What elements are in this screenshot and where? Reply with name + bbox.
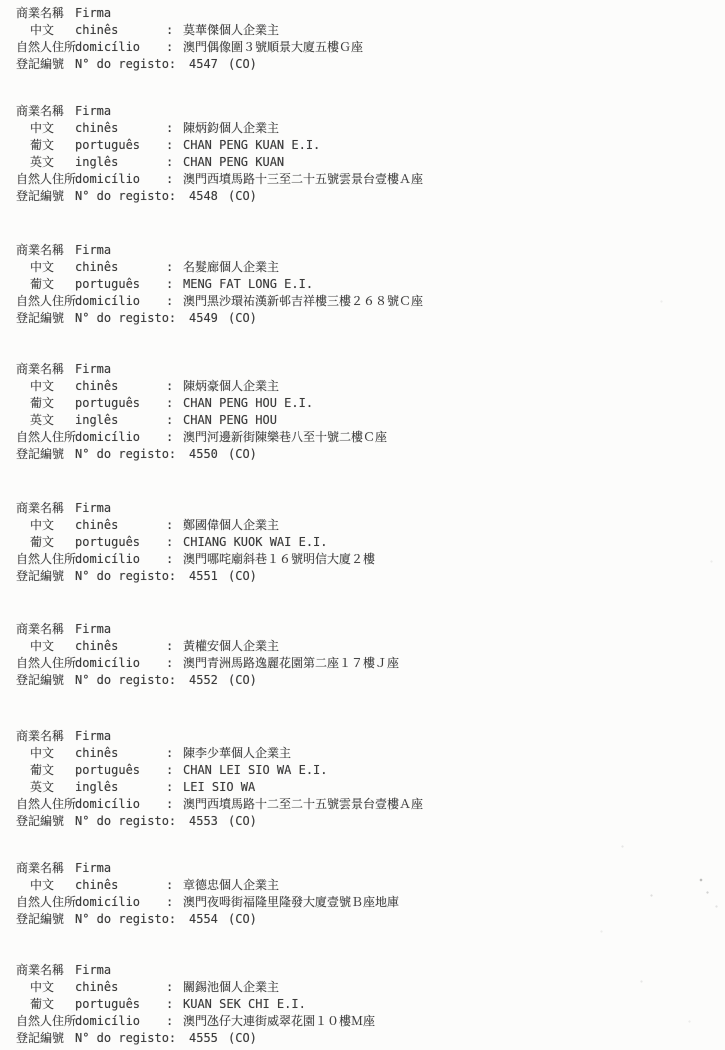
business-name-label-pt: Firma (75, 103, 166, 120)
english-label-pt: inglês (75, 412, 166, 429)
colon-separator: : (166, 517, 183, 534)
english-label-zh: 英文 (0, 154, 75, 171)
registration-number-line: 登記編號 N° do registo: 4550 (CO) (0, 446, 725, 463)
portuguese-label-zh: 葡文 (0, 395, 75, 412)
registo-suffix: (CO) (228, 446, 725, 463)
business-name-line: 商業名稱 Firma (0, 962, 725, 979)
registry-entry: 商業名稱 Firma 中文 chinês : 章德忠個人企業主 自然人住所 do… (0, 860, 725, 928)
portuguese-name-line: 葡文 português : CHIANG KUOK WAI E.I. (0, 534, 725, 551)
english-name-line: 英文 inglês : CHAN PENG KUAN (0, 154, 725, 171)
chinese-label-pt: chinês (75, 517, 166, 534)
portuguese-label-pt: português (75, 137, 166, 154)
colon-separator: : (166, 154, 183, 171)
business-name-line: 商業名稱 Firma (0, 242, 725, 259)
registry-entry: 商業名稱 Firma 中文 chinês : 陳李少華個人企業主 葡文 port… (0, 728, 725, 830)
domicile-label-zh: 自然人住所 (0, 293, 75, 310)
chinese-name-value: 名髮廊個人企業主 (183, 259, 725, 276)
colon-separator: : (166, 429, 183, 446)
registo-label-zh: 登記編號 (0, 568, 75, 585)
domicile-label-zh: 自然人住所 (0, 1013, 75, 1030)
chinese-name-line: 中文 chinês : 黃權安個人企業主 (0, 638, 725, 655)
business-name-label-zh: 商業名稱 (0, 242, 75, 259)
chinese-name-value: 鄭國偉個人企業主 (183, 517, 725, 534)
registo-label-pt: N° do registo: (75, 56, 183, 73)
domicile-label-zh: 自然人住所 (0, 655, 75, 672)
registo-suffix: (CO) (228, 188, 725, 205)
registration-number-value: 4549 (183, 310, 228, 327)
registo-suffix: (CO) (228, 568, 725, 585)
registration-number-value: 4553 (183, 813, 228, 830)
chinese-name-value: 關錫池個人企業主 (183, 979, 725, 996)
colon-separator: : (166, 39, 183, 56)
english-label-zh: 英文 (0, 779, 75, 796)
domicile-line: 自然人住所 domicílio : 澳門夜呣街福隆里隆發大廈壹號Ｂ座地庫 (0, 894, 725, 911)
colon-separator: : (166, 894, 183, 911)
portuguese-name-value: CHAN LEI SIO WA E.I. (183, 762, 725, 779)
registration-number-line: 登記編號 N° do registo: 4551 (CO) (0, 568, 725, 585)
registo-suffix: (CO) (228, 310, 725, 327)
chinese-label-pt: chinês (75, 745, 166, 762)
colon-separator: : (166, 979, 183, 996)
portuguese-name-line: 葡文 português : CHAN PENG KUAN E.I. (0, 137, 725, 154)
chinese-label-zh: 中文 (0, 120, 75, 137)
domicile-value: 澳門河邊新街陳樂巷八至十號二樓Ｃ座 (183, 429, 725, 446)
domicile-label-pt: domicílio (75, 39, 166, 56)
business-name-line: 商業名稱 Firma (0, 361, 725, 378)
chinese-label-zh: 中文 (0, 517, 75, 534)
english-name-line: 英文 inglês : CHAN PENG HOU (0, 412, 725, 429)
business-name-label-zh: 商業名稱 (0, 860, 75, 877)
portuguese-name-value: CHAN PENG HOU E.I. (183, 395, 725, 412)
chinese-label-zh: 中文 (0, 22, 75, 39)
portuguese-label-zh: 葡文 (0, 276, 75, 293)
chinese-label-zh: 中文 (0, 979, 75, 996)
domicile-line: 自然人住所 domicílio : 澳門黑沙環祐漢新邨吉祥樓三樓２６８號Ｃ座 (0, 293, 725, 310)
registry-entry: 商業名稱 Firma 中文 chinês : 鄭國偉個人企業主 葡文 portu… (0, 500, 725, 585)
registration-number-line: 登記編號 N° do registo: 4549 (CO) (0, 310, 725, 327)
registry-entry: 商業名稱 Firma 中文 chinês : 莫華傑個人企業主 自然人住所 do… (0, 5, 725, 73)
domicile-value: 澳門哪咤廟斜巷１６號明信大廈２樓 (183, 551, 725, 568)
chinese-name-value: 章德忠個人企業主 (183, 877, 725, 894)
colon-separator: : (166, 796, 183, 813)
registry-entry: 商業名稱 Firma 中文 chinês : 黃權安個人企業主 自然人住所 do… (0, 621, 725, 689)
chinese-label-pt: chinês (75, 979, 166, 996)
portuguese-name-value: KUAN SEK CHI E.I. (183, 996, 725, 1013)
colon-separator: : (166, 745, 183, 762)
registration-number-line: 登記編號 N° do registo: 4552 (CO) (0, 672, 725, 689)
registration-number-value: 4551 (183, 568, 228, 585)
business-name-line: 商業名稱 Firma (0, 728, 725, 745)
registry-entry: 商業名稱 Firma 中文 chinês : 名髮廊個人企業主 葡文 portu… (0, 242, 725, 327)
portuguese-name-value: MENG FAT LONG E.I. (183, 276, 725, 293)
colon-separator: : (166, 534, 183, 551)
portuguese-name-line: 葡文 português : MENG FAT LONG E.I. (0, 276, 725, 293)
business-name-label-pt: Firma (75, 860, 166, 877)
english-name-line: 英文 inglês : LEI SIO WA (0, 779, 725, 796)
registo-label-pt: N° do registo: (75, 310, 183, 327)
chinese-label-zh: 中文 (0, 877, 75, 894)
colon-separator: : (166, 120, 183, 137)
business-name-label-zh: 商業名稱 (0, 621, 75, 638)
domicile-label-zh: 自然人住所 (0, 894, 75, 911)
chinese-name-line: 中文 chinês : 陳李少華個人企業主 (0, 745, 725, 762)
registration-number-value: 4548 (183, 188, 228, 205)
chinese-name-value: 陳炳鈞個人企業主 (183, 120, 725, 137)
colon-separator: : (166, 1013, 183, 1030)
portuguese-name-line: 葡文 português : CHAN PENG HOU E.I. (0, 395, 725, 412)
chinese-name-value: 陳炳豪個人企業主 (183, 378, 725, 395)
colon-separator: : (166, 996, 183, 1013)
chinese-label-zh: 中文 (0, 378, 75, 395)
registration-number-value: 4550 (183, 446, 228, 463)
domicile-label-zh: 自然人住所 (0, 796, 75, 813)
domicile-value: 澳門西墳馬路十二至二十五號雲景台壹樓Ａ座 (183, 796, 725, 813)
domicile-label-zh: 自然人住所 (0, 171, 75, 188)
chinese-name-line: 中文 chinês : 鄭國偉個人企業主 (0, 517, 725, 534)
domicile-value: 澳門青洲馬路逸麗花園第二座１７樓Ｊ座 (183, 655, 725, 672)
registo-label-zh: 登記編號 (0, 1030, 75, 1047)
registo-label-pt: N° do registo: (75, 446, 183, 463)
domicile-line: 自然人住所 domicílio : 澳門氹仔大連街威翠花園１０樓Ｍ座 (0, 1013, 725, 1030)
business-name-line: 商業名稱 Firma (0, 500, 725, 517)
registo-label-zh: 登記編號 (0, 911, 75, 928)
english-label-pt: inglês (75, 154, 166, 171)
domicile-label-pt: domicílio (75, 796, 166, 813)
english-label-pt: inglês (75, 779, 166, 796)
registo-label-zh: 登記編號 (0, 310, 75, 327)
portuguese-label-pt: português (75, 534, 166, 551)
chinese-name-line: 中文 chinês : 關錫池個人企業主 (0, 979, 725, 996)
registo-label-pt: N° do registo: (75, 1030, 183, 1047)
business-name-label-zh: 商業名稱 (0, 500, 75, 517)
domicile-label-pt: domicílio (75, 171, 166, 188)
registo-label-zh: 登記編號 (0, 446, 75, 463)
domicile-value: 澳門黑沙環祐漢新邨吉祥樓三樓２６８號Ｃ座 (183, 293, 725, 310)
domicile-line: 自然人住所 domicílio : 澳門偶像圍３號順景大廈五樓Ｇ座 (0, 39, 725, 56)
colon-separator: : (166, 638, 183, 655)
registration-number-value: 4552 (183, 672, 228, 689)
colon-separator: : (166, 276, 183, 293)
domicile-label-pt: domicílio (75, 894, 166, 911)
domicile-line: 自然人住所 domicílio : 澳門河邊新街陳樂巷八至十號二樓Ｃ座 (0, 429, 725, 446)
domicile-value: 澳門氹仔大連街威翠花園１０樓Ｍ座 (183, 1013, 725, 1030)
registry-entry: 商業名稱 Firma 中文 chinês : 陳炳鈞個人企業主 葡文 portu… (0, 103, 725, 205)
portuguese-label-pt: português (75, 395, 166, 412)
chinese-label-zh: 中文 (0, 638, 75, 655)
registo-label-pt: N° do registo: (75, 672, 183, 689)
chinese-name-line: 中文 chinês : 陳炳豪個人企業主 (0, 378, 725, 395)
registry-entry: 商業名稱 Firma 中文 chinês : 陳炳豪個人企業主 葡文 portu… (0, 361, 725, 463)
colon-separator: : (166, 779, 183, 796)
colon-separator: : (166, 137, 183, 154)
domicile-label-zh: 自然人住所 (0, 429, 75, 446)
portuguese-name-line: 葡文 português : CHAN LEI SIO WA E.I. (0, 762, 725, 779)
registration-number-value: 4554 (183, 911, 228, 928)
colon-separator: : (166, 293, 183, 310)
document-page: 商業名稱 Firma 中文 chinês : 莫華傑個人企業主 自然人住所 do… (0, 5, 725, 1047)
registration-number-line: 登記編號 N° do registo: 4553 (CO) (0, 813, 725, 830)
domicile-line: 自然人住所 domicílio : 澳門西墳馬路十三至二十五號雲景台壹樓Ａ座 (0, 171, 725, 188)
registration-number-line: 登記編號 N° do registo: 4555 (CO) (0, 1030, 725, 1047)
business-name-label-zh: 商業名稱 (0, 962, 75, 979)
registo-label-zh: 登記編號 (0, 56, 75, 73)
domicile-label-zh: 自然人住所 (0, 551, 75, 568)
colon-separator: : (166, 259, 183, 276)
registo-suffix: (CO) (228, 813, 725, 830)
portuguese-label-zh: 葡文 (0, 996, 75, 1013)
business-name-label-zh: 商業名稱 (0, 103, 75, 120)
chinese-label-zh: 中文 (0, 745, 75, 762)
chinese-name-line: 中文 chinês : 莫華傑個人企業主 (0, 22, 725, 39)
registo-label-pt: N° do registo: (75, 813, 183, 830)
business-name-label-zh: 商業名稱 (0, 5, 75, 22)
domicile-value: 澳門偶像圍３號順景大廈五樓Ｇ座 (183, 39, 725, 56)
colon-separator: : (166, 412, 183, 429)
registo-label-zh: 登記編號 (0, 813, 75, 830)
registry-entry: 商業名稱 Firma 中文 chinês : 關錫池個人企業主 葡文 portu… (0, 962, 725, 1047)
chinese-label-pt: chinês (75, 378, 166, 395)
business-name-label-pt: Firma (75, 5, 166, 22)
business-name-line: 商業名稱 Firma (0, 103, 725, 120)
colon-separator: : (166, 877, 183, 894)
colon-separator: : (166, 22, 183, 39)
domicile-label-pt: domicílio (75, 293, 166, 310)
chinese-name-line: 中文 chinês : 章德忠個人企業主 (0, 877, 725, 894)
english-name-value: LEI SIO WA (183, 779, 725, 796)
chinese-name-line: 中文 chinês : 陳炳鈞個人企業主 (0, 120, 725, 137)
portuguese-label-zh: 葡文 (0, 762, 75, 779)
domicile-label-pt: domicílio (75, 655, 166, 672)
english-name-value: CHAN PENG HOU (183, 412, 725, 429)
colon-separator: : (166, 378, 183, 395)
domicile-label-zh: 自然人住所 (0, 39, 75, 56)
chinese-name-value: 莫華傑個人企業主 (183, 22, 725, 39)
business-name-label-pt: Firma (75, 242, 166, 259)
chinese-label-pt: chinês (75, 120, 166, 137)
chinese-label-zh: 中文 (0, 259, 75, 276)
registo-label-pt: N° do registo: (75, 911, 183, 928)
domicile-line: 自然人住所 domicílio : 澳門西墳馬路十二至二十五號雲景台壹樓Ａ座 (0, 796, 725, 813)
domicile-value: 澳門西墳馬路十三至二十五號雲景台壹樓Ａ座 (183, 171, 725, 188)
domicile-label-pt: domicílio (75, 551, 166, 568)
domicile-label-pt: domicílio (75, 1013, 166, 1030)
chinese-name-value: 黃權安個人企業主 (183, 638, 725, 655)
registo-suffix: (CO) (228, 911, 725, 928)
registo-label-pt: N° do registo: (75, 188, 183, 205)
portuguese-label-pt: português (75, 276, 166, 293)
colon-separator: : (166, 655, 183, 672)
chinese-label-pt: chinês (75, 259, 166, 276)
registo-suffix: (CO) (228, 1030, 725, 1047)
portuguese-label-zh: 葡文 (0, 534, 75, 551)
business-name-label-zh: 商業名稱 (0, 728, 75, 745)
portuguese-label-pt: português (75, 762, 166, 779)
chinese-label-pt: chinês (75, 877, 166, 894)
registration-number-value: 4547 (183, 56, 228, 73)
registration-number-value: 4555 (183, 1030, 228, 1047)
portuguese-label-zh: 葡文 (0, 137, 75, 154)
chinese-name-value: 陳李少華個人企業主 (183, 745, 725, 762)
domicile-label-pt: domicílio (75, 429, 166, 446)
registo-suffix: (CO) (228, 56, 725, 73)
chinese-name-line: 中文 chinês : 名髮廊個人企業主 (0, 259, 725, 276)
portuguese-name-value: CHIANG KUOK WAI E.I. (183, 534, 725, 551)
registo-label-zh: 登記編號 (0, 188, 75, 205)
domicile-value: 澳門夜呣街福隆里隆發大廈壹號Ｂ座地庫 (183, 894, 725, 911)
business-name-label-pt: Firma (75, 621, 166, 638)
registo-label-zh: 登記編號 (0, 672, 75, 689)
colon-separator: : (166, 551, 183, 568)
registration-number-line: 登記編號 N° do registo: 4548 (CO) (0, 188, 725, 205)
colon-separator: : (166, 395, 183, 412)
domicile-line: 自然人住所 domicílio : 澳門哪咤廟斜巷１６號明信大廈２樓 (0, 551, 725, 568)
business-name-label-pt: Firma (75, 728, 166, 745)
colon-separator: : (166, 171, 183, 188)
business-name-line: 商業名稱 Firma (0, 860, 725, 877)
business-name-label-zh: 商業名稱 (0, 361, 75, 378)
english-label-zh: 英文 (0, 412, 75, 429)
registration-number-line: 登記編號 N° do registo: 4547 (CO) (0, 56, 725, 73)
english-name-value: CHAN PENG KUAN (183, 154, 725, 171)
registo-label-pt: N° do registo: (75, 568, 183, 585)
registo-suffix: (CO) (228, 672, 725, 689)
business-name-line: 商業名稱 Firma (0, 621, 725, 638)
chinese-label-pt: chinês (75, 638, 166, 655)
colon-separator: : (166, 762, 183, 779)
portuguese-name-value: CHAN PENG KUAN E.I. (183, 137, 725, 154)
portuguese-name-line: 葡文 português : KUAN SEK CHI E.I. (0, 996, 725, 1013)
business-name-label-pt: Firma (75, 361, 166, 378)
domicile-line: 自然人住所 domicílio : 澳門青洲馬路逸麗花園第二座１７樓Ｊ座 (0, 655, 725, 672)
business-name-line: 商業名稱 Firma (0, 5, 725, 22)
chinese-label-pt: chinês (75, 22, 166, 39)
portuguese-label-pt: português (75, 996, 166, 1013)
business-name-label-pt: Firma (75, 500, 166, 517)
registration-number-line: 登記編號 N° do registo: 4554 (CO) (0, 911, 725, 928)
business-name-label-pt: Firma (75, 962, 166, 979)
